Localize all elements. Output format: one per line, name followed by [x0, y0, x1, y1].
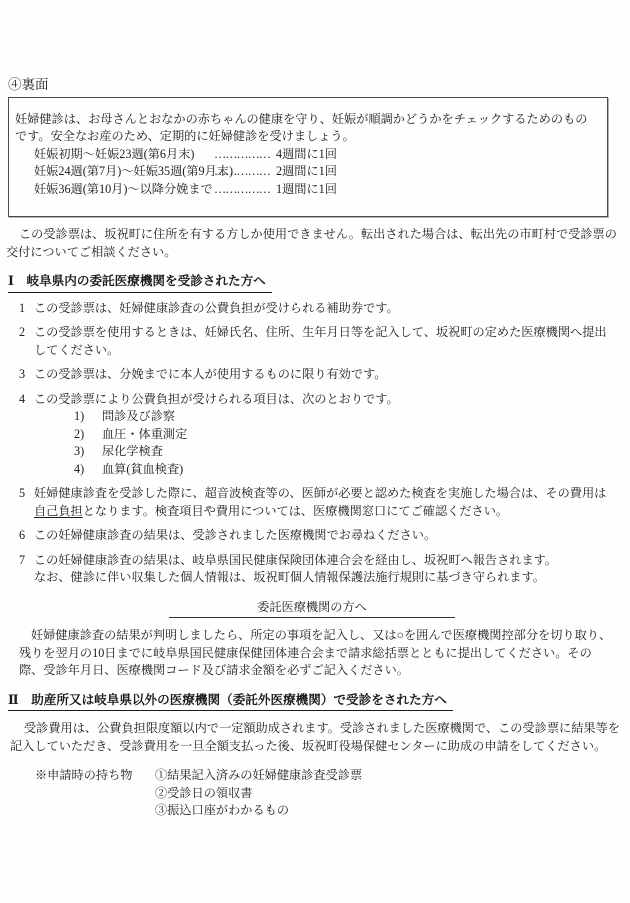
item-number: 7	[19, 552, 34, 587]
sub-item-text: 血算(貧血検査)	[102, 461, 183, 479]
schedule-dots-leader: ……………	[214, 146, 272, 164]
schedule-row: 妊娠初期～妊娠23週(第6月末) …………… 4週間に1回	[34, 146, 599, 164]
schedule-period: 妊娠24週(第7月)～妊娠35週(第9月末)	[34, 163, 214, 181]
item-number: 5	[19, 485, 34, 520]
schedule-frequency: 4週間に1回	[272, 146, 337, 164]
belongings-list: ①結果記入済みの妊婦健康診査受診票 ②受診日の領収書 ③振込口座がわかるもの	[155, 767, 618, 820]
section-1: Ⅰ 岐阜県内の委託医療機関を受診された方へ 1 この受診票は、妊婦健康診査の公費…	[6, 273, 618, 587]
schedule-period: 妊娠36週(第10月)～以降分娩まで	[34, 181, 214, 199]
schedule-frequency: 2週間に1回	[272, 163, 337, 181]
numbered-item: 6 この妊婦健康診査の結果は、受診されました医療機関でお尋ねください。	[6, 527, 618, 545]
belongings-item: ③振込口座がわかるもの	[155, 802, 618, 820]
item-text-part: となります。検査項目や費用については、医療機関窓口にてご確認ください。	[83, 504, 508, 518]
section-1-heading: Ⅰ 岐阜県内の委託医療機関を受診された方へ	[8, 273, 618, 293]
sub-item-number: 2)	[74, 426, 102, 444]
box-intro-line: です。安全なお産のため、定期的に妊婦健診を受けましょう。	[15, 128, 599, 146]
item-text-line: この受診票により公費負担が受けられる項目は、次のとおりです。	[34, 391, 618, 409]
item-number: 6	[19, 527, 34, 545]
sub-item: 2) 血圧・体重測定	[74, 426, 618, 444]
schedule-frequency: 1週間に1回	[272, 181, 337, 199]
item-number: 4	[19, 391, 34, 479]
schedule-row: 妊娠36週(第10月)～以降分娩まで …………… 1週間に1回	[34, 181, 599, 199]
item-text-line: この妊婦健康診査の結果は、岐阜県国民健康保険団体連合会を経由し、坂祝町へ報告され…	[34, 552, 618, 570]
belongings-item: ①結果記入済みの妊婦健康診査受診票	[155, 767, 618, 785]
sub-item-text: 問診及び診察	[102, 408, 175, 426]
box-intro-line: 妊婦健診は、お母さんとおなかの赤ちゃんの健康を守り、妊娠が順調かどうかをチェック…	[15, 111, 599, 129]
sub-item: 4) 血算(貧血検査)	[74, 461, 618, 479]
item-text: この受診票は、妊婦健康診査の公費負担が受けられる補助券です。	[34, 300, 618, 318]
item-text: この妊婦健康診査の結果は、岐阜県国民健康保険団体連合会を経由し、坂祝町へ報告され…	[34, 552, 618, 587]
belongings-item: ②受診日の領収書	[155, 785, 618, 803]
sub-item: 1) 問診及び診察	[74, 408, 618, 426]
belongings-label: ※申請時の持ち物	[35, 767, 155, 820]
sub-item-number: 3)	[74, 443, 102, 461]
underlined-self-pay-text: 自己負担	[34, 504, 83, 518]
covered-exam-list: 1) 問診及び診察 2) 血圧・体重測定 3) 尿化学検査 4)	[74, 408, 618, 478]
item-text: この妊婦健康診査の結果は、受診されました医療機関でお尋ねください。	[34, 527, 618, 545]
numbered-item: 4 この受診票により公費負担が受けられる項目は、次のとおりです。 1) 問診及び…	[6, 391, 618, 479]
schedule-period: 妊娠初期～妊娠23週(第6月末)	[34, 146, 214, 164]
sub-item-number: 1)	[74, 408, 102, 426]
sub-item-text: 血圧・体重測定	[102, 426, 187, 444]
document-page: ④裏面 妊婦健診は、お母さんとおなかの赤ちゃんの健康を守り、妊娠が順調かどうかを…	[0, 0, 630, 903]
contracted-institutions-heading: 委託医療機関の方へ	[6, 599, 618, 619]
section-2-paragraph: 受診費用は、公費負担限度額以内で一定額助成されます。受診されました医療機関で、こ…	[10, 720, 622, 755]
item-number: 2	[19, 324, 34, 359]
numbered-item: 5 妊婦健康診査を受診した際に、超音波検査等の、医師が必要と認めた検査を実施した…	[6, 485, 618, 520]
item-text-line: なお、健診に伴い収集した個人情報は、坂祝町個人情報保護法施行規則に基づき守られま…	[34, 569, 618, 587]
numbered-item: 1 この受診票は、妊婦健康診査の公費負担が受けられる補助券です。	[6, 300, 618, 318]
section-2-heading: Ⅱ 助産所又は岐阜県以外の医療機関（委託外医療機関）で受診をされた方へ	[8, 692, 618, 712]
item-text: この受診票は、分娩までに本人が使用するものに限り有効です。	[34, 366, 618, 384]
item-text: 妊婦健康診査を受診した際に、超音波検査等の、医師が必要と認めた検査を実施した場合…	[34, 485, 618, 520]
numbered-item: 7 この妊婦健康診査の結果は、岐阜県国民健康保険団体連合会を経由し、坂祝町へ報告…	[6, 552, 618, 587]
schedule-row: 妊娠24週(第7月)～妊娠35週(第9月末) …………… 2週間に1回	[34, 163, 599, 181]
checkup-schedule-box: 妊婦健診は、お母さんとおなかの赤ちゃんの健康を守り、妊娠が順調かどうかをチェック…	[8, 97, 608, 218]
item-number: 3	[19, 366, 34, 384]
sub-item-number: 4)	[74, 461, 102, 479]
item-text: この受診票を使用するときは、妊婦氏名、住所、生年月日等を記入して、坂祝町の定めた…	[34, 324, 618, 359]
residency-notice-paragraph: この受診票は、坂祝町に住所を有する方しか使用できません。転出された場合は、転出先…	[6, 226, 620, 261]
section-1-items: 1 この受診票は、妊婦健康診査の公費負担が受けられる補助券です。 2 この受診票…	[6, 300, 618, 587]
section-2: Ⅱ 助産所又は岐阜県以外の医療機関（委託外医療機関）で受診をされた方へ 受診費用…	[6, 692, 618, 820]
sub-item: 3) 尿化学検査	[74, 443, 618, 461]
sub-item-text: 尿化学検査	[102, 443, 163, 461]
schedule-dots-leader: ……………	[214, 181, 272, 199]
application-belongings: ※申請時の持ち物 ①結果記入済みの妊婦健康診査受診票 ②受診日の領収書 ③振込口…	[35, 767, 618, 820]
numbered-item: 2 この受診票を使用するときは、妊婦氏名、住所、生年月日等を記入して、坂祝町の定…	[6, 324, 618, 359]
item-number: 1	[19, 300, 34, 318]
item-text-part: 妊婦健康診査を受診した際に、超音波検査等の、医師が必要と認めた検査を実施した場合…	[34, 486, 606, 500]
numbered-item: 3 この受診票は、分娩までに本人が使用するものに限り有効です。	[6, 366, 618, 384]
item-text: この受診票により公費負担が受けられる項目は、次のとおりです。 1) 問診及び診察…	[34, 391, 618, 479]
page-side-label: ④裏面	[8, 76, 618, 94]
contracted-institutions-paragraph: 妊婦健康診査の結果が判明しましたら、所定の事項を記入し、又は○を囲んで医療機関控…	[19, 627, 615, 680]
schedule-dots-leader: ……………	[214, 163, 272, 181]
